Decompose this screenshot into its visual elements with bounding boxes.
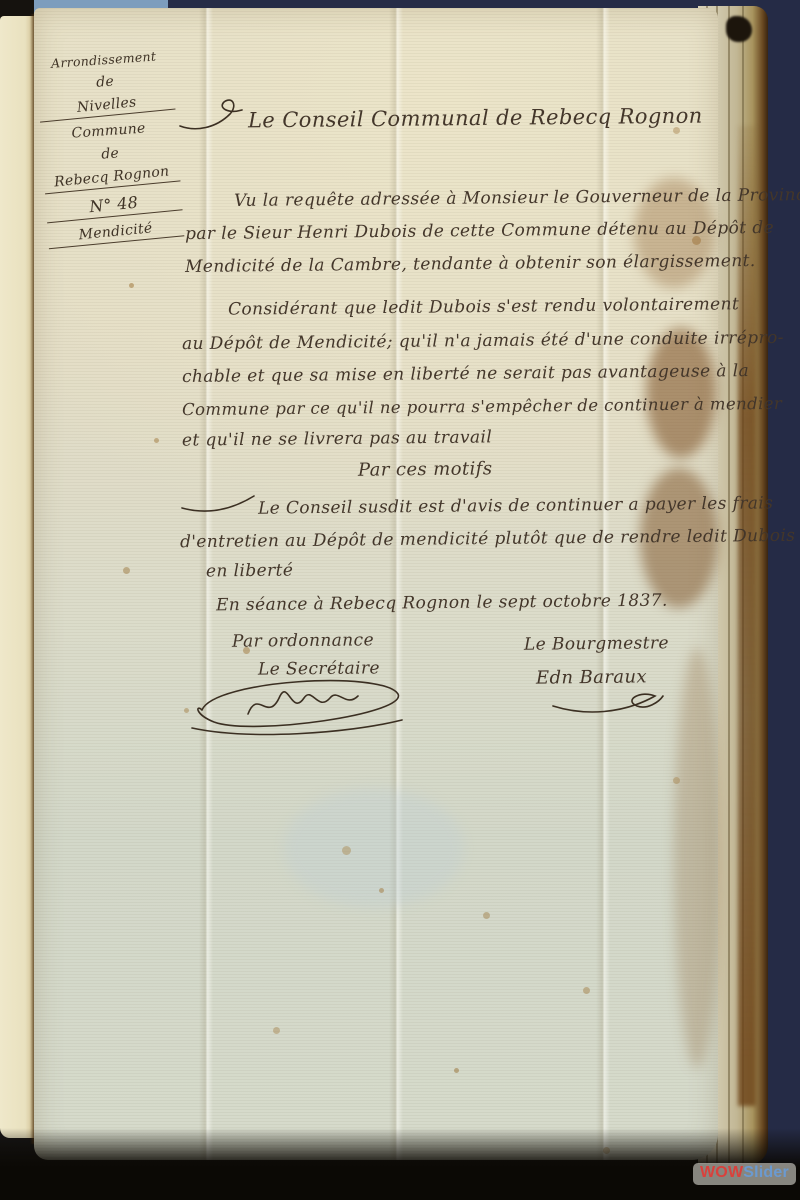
fold-crease [596,8,610,1160]
margin-note-line: N° 48 [45,188,182,223]
manuscript-line: en liberté [206,561,293,582]
burgomaster-signature-flourish [545,688,669,720]
margin-note-line: Mendicité [47,217,184,249]
margin-annotations: Arrondissement de Nivelles Commune de Re… [35,47,184,254]
ordinance-label: Par ordonnance [232,630,374,651]
water-stain [674,648,720,1068]
burgomaster-signature: Edn Baraux [536,666,647,688]
document-title: Le Conseil Communal de Rebecq Rognon [248,104,703,133]
watermark-badge[interactable]: WOWSlider [693,1163,796,1185]
burgomaster-label: Le Bourgmestre [524,633,669,655]
fold-crease [199,8,213,1160]
watermark-wow-text: WOW [700,1164,743,1181]
watermark-slider-text: Slider [743,1164,789,1181]
pen-flourish [178,92,250,134]
edge-water-stain [738,126,756,1106]
foxing-spots [129,283,134,288]
margin-note-line: de [37,69,174,94]
margin-note-line: Nivelles [38,91,175,123]
manuscript-line: et qu'il ne se livrera pas au travail [182,427,492,450]
secretary-signature [186,668,420,742]
book-bottom-shadow [0,1128,800,1200]
edge-damage-notch [726,16,752,42]
page-edge-line [728,6,730,1164]
sheen-patch [284,788,464,908]
margin-note-line: de [42,141,179,166]
motifs-heading: Par ces motifs [358,458,493,480]
pen-flourish [180,488,258,514]
margin-note-line: Commune [40,118,177,143]
fold-crease [389,8,403,1160]
document-photo: Arrondissement de Nivelles Commune de Re… [0,0,800,1200]
